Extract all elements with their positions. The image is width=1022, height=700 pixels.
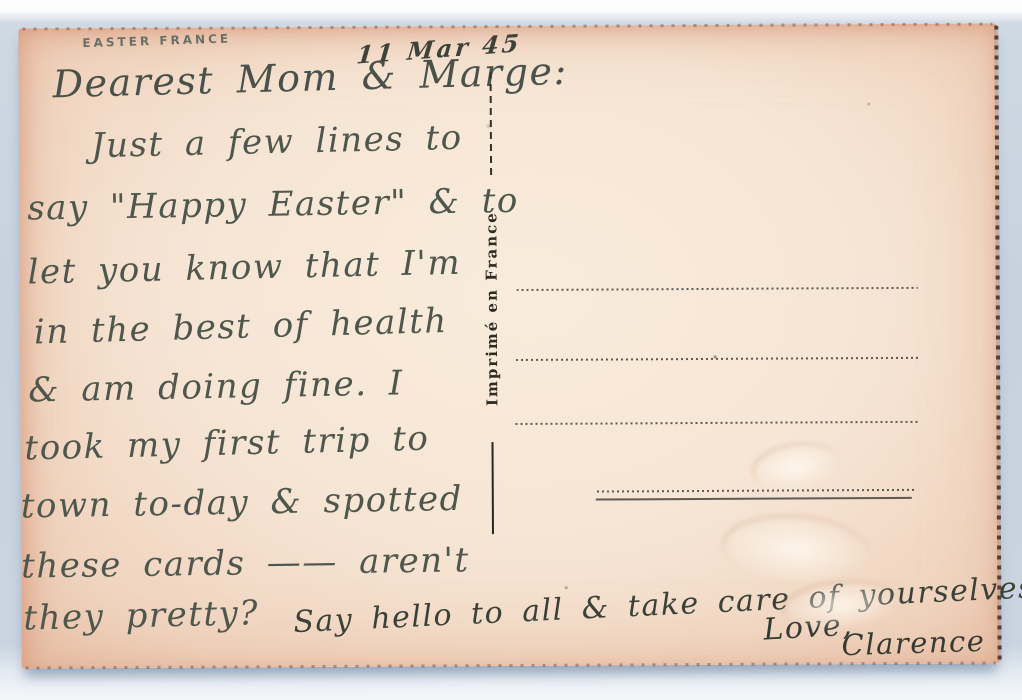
address-dotted-line-2	[516, 357, 918, 361]
postcard-back: EASTER FRANCE 11 Mar 45 Dearest Mom & Ma…	[18, 23, 999, 668]
imprime-en-france-label: Imprimé en France	[471, 222, 512, 396]
letter-line: in the best of health	[33, 301, 448, 353]
letter-line: town to-day & spotted	[20, 479, 463, 527]
center-divider-solid-line	[492, 442, 494, 534]
address-dotted-line-4	[597, 489, 916, 493]
letter-line: say "Happy Easter" & to	[27, 181, 519, 229]
embossed-imprint	[748, 436, 844, 496]
letter-line: these cards —— aren't	[21, 540, 470, 586]
letter-line: let you know that I'm	[27, 243, 461, 293]
letter-line: took my first trip to	[24, 419, 430, 469]
photo-backdrop: EASTER FRANCE 11 Mar 45 Dearest Mom & Ma…	[0, 0, 1022, 700]
deckled-right-edge	[994, 25, 1001, 661]
deckled-bottom-edge	[26, 661, 996, 669]
address-dotted-line-1	[517, 287, 918, 291]
collector-annotation: EASTER FRANCE	[82, 32, 231, 51]
letter-line: Just a few lines to	[90, 118, 463, 166]
letter-line: & am doing fine. I	[28, 363, 404, 410]
signature: Clarence	[841, 624, 986, 663]
address-line-underline	[596, 497, 912, 501]
address-dotted-line-3	[515, 421, 918, 425]
letter-line: they pretty?	[23, 593, 259, 638]
